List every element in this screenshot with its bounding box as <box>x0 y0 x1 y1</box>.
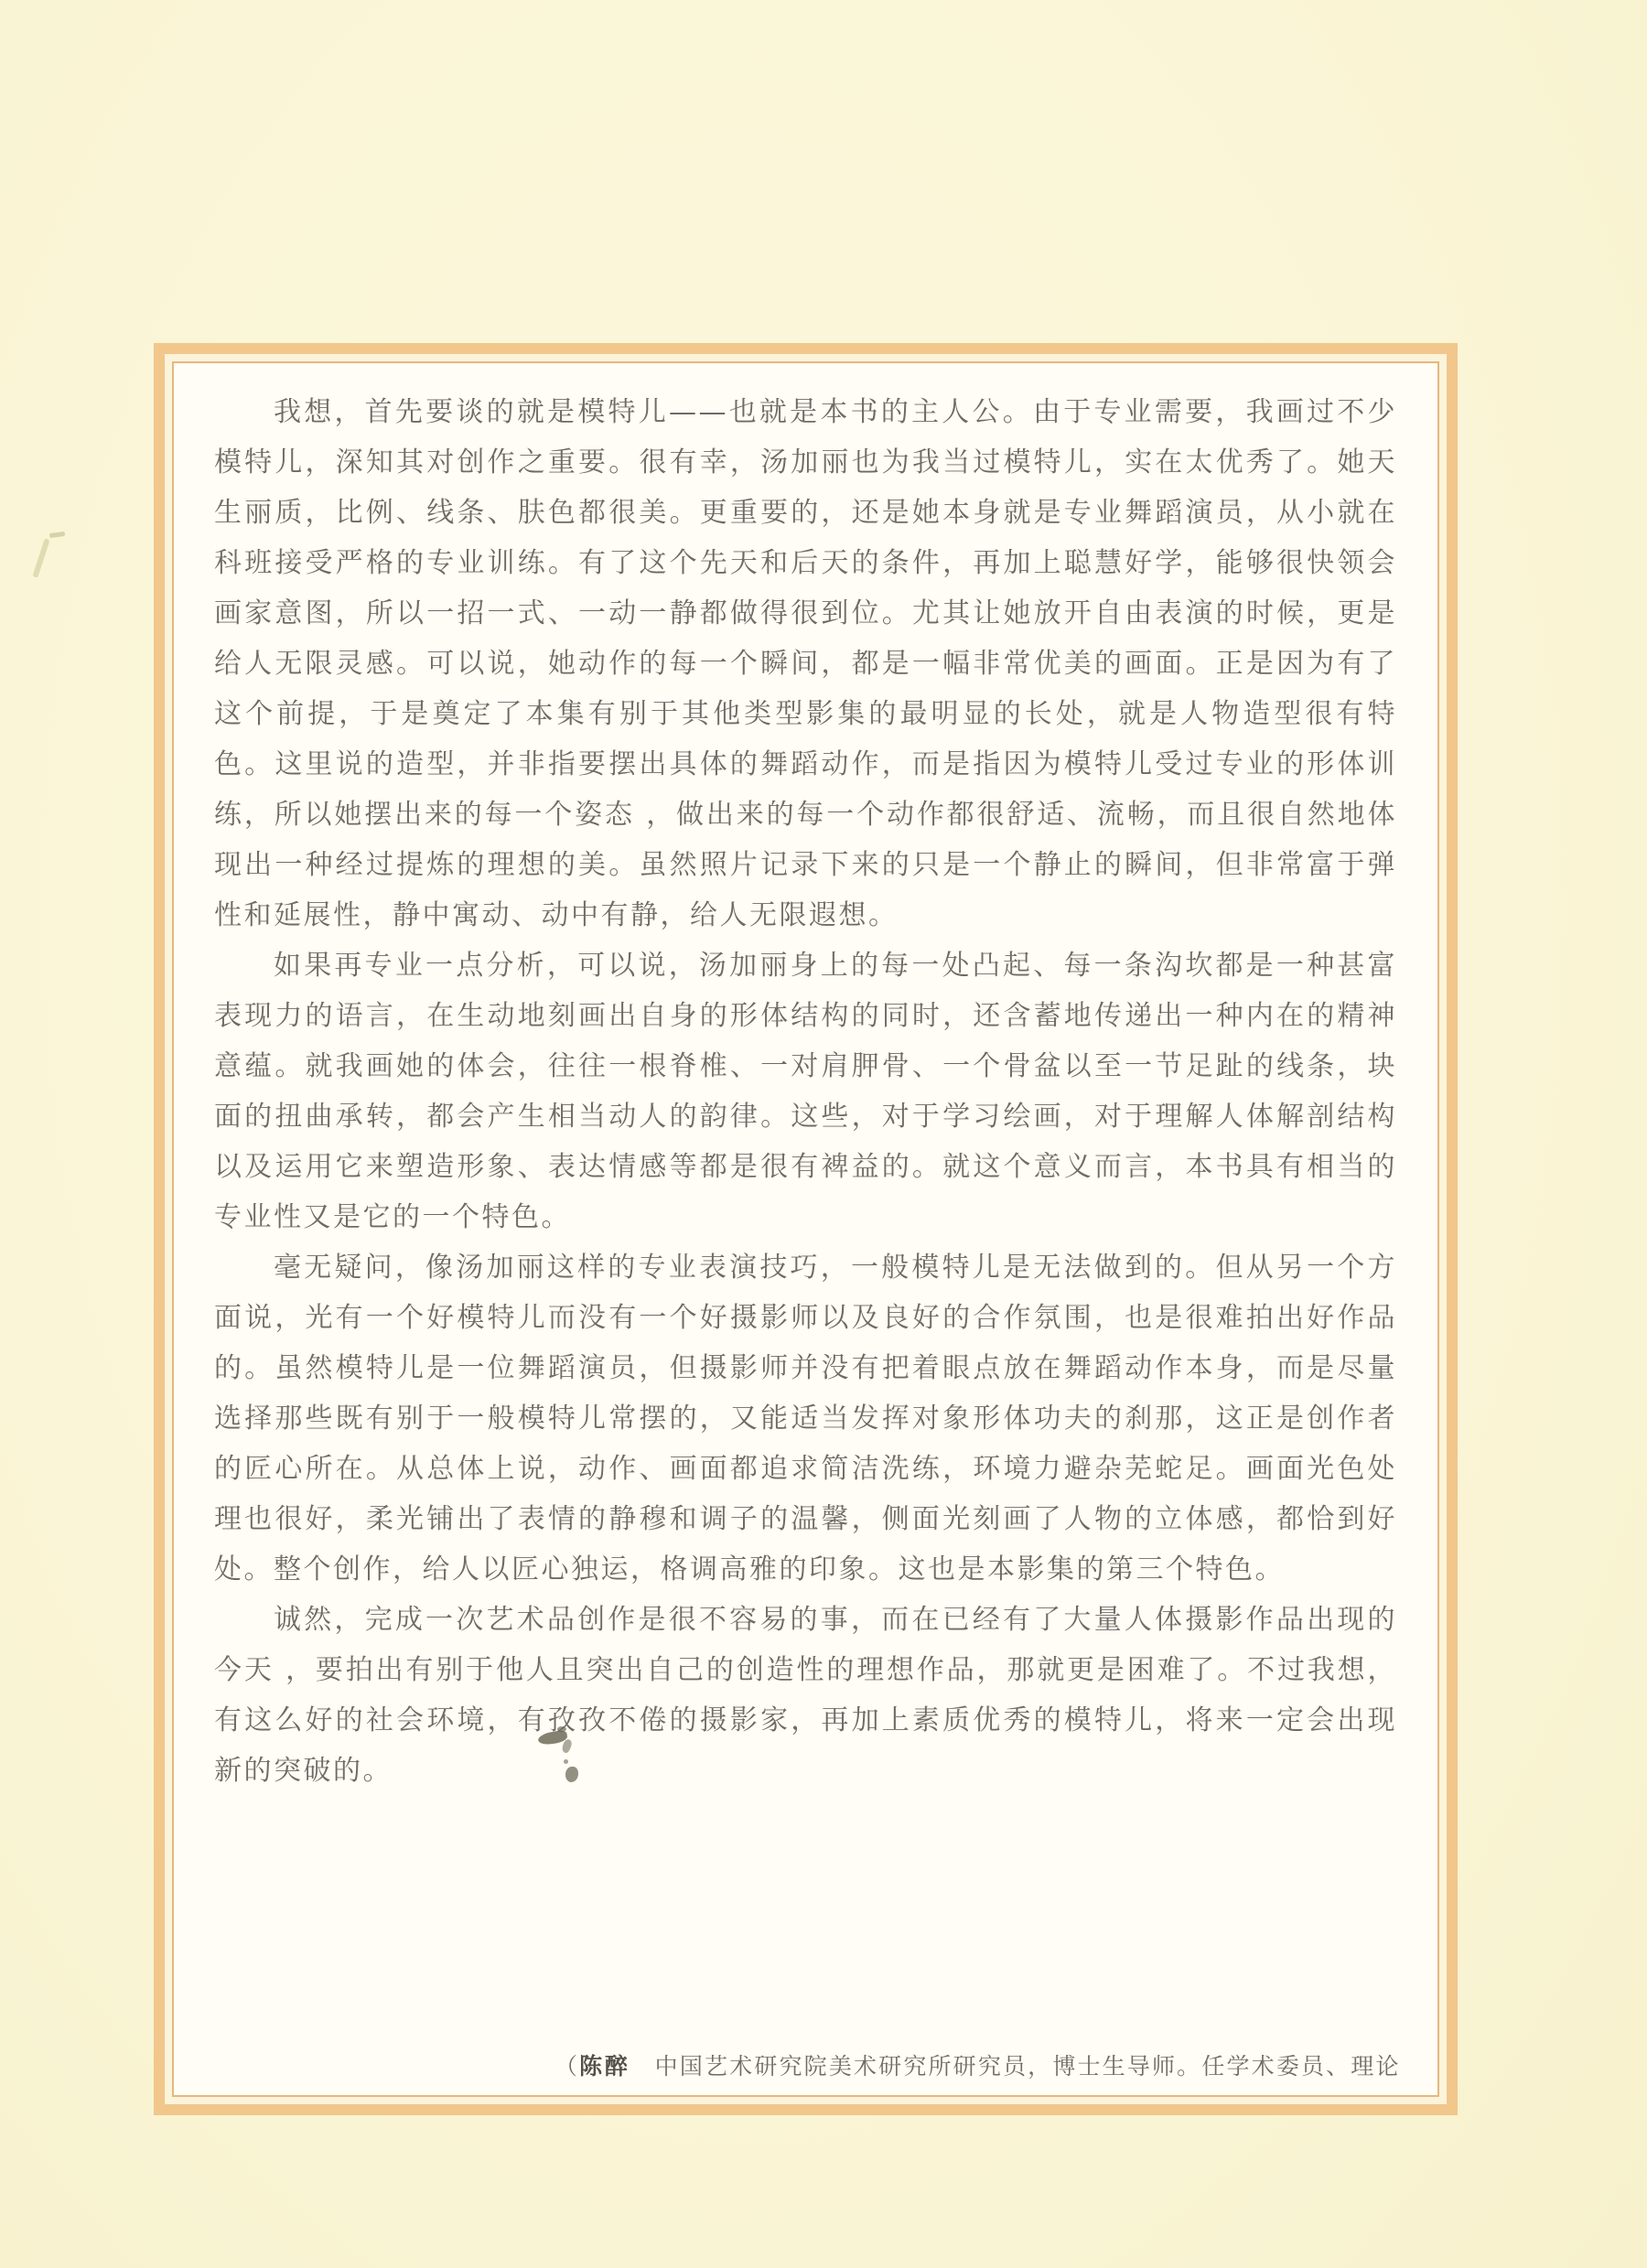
author-name: 陈醉 <box>579 2053 630 2080</box>
author-bio-note: （陈醉 中国艺术研究院美术研究所研究员，博士生导师。任学术委员、理论研究室主任。… <box>529 2041 1400 2097</box>
bio-open-paren: （ <box>554 2053 579 2080</box>
paragraph-3: 毫无疑问，像汤加丽这样的专业表演技巧，一般模特儿是无法做到的。但从另一个方面说，… <box>214 1242 1397 1595</box>
paragraph-2: 如果再专业一点分析，可以说，汤加丽身上的每一处凸起、每一条沟坎都是一种甚富表现力… <box>214 941 1397 1242</box>
page-frame-inner-border: 我想，首先要谈的就是模特儿——也就是本书的主人公。由于专业需要，我画过不少模特儿… <box>172 361 1439 2097</box>
page-frame: 我想，首先要谈的就是模特儿——也就是本书的主人公。由于专业需要，我画过不少模特儿… <box>154 343 1458 2115</box>
paragraph-1: 我想，首先要谈的就是模特儿——也就是本书的主人公。由于专业需要，我画过不少模特儿… <box>214 387 1397 941</box>
paragraph-4: 诚然，完成一次艺术品创作是很不容易的事，而在已经有了大量人体摄影作品出现的今天 … <box>214 1595 1397 1796</box>
bio-text: 中国艺术研究院美术研究所研究员，博士生导师。任学术委员、理论研究室主任。系全国政… <box>529 2053 1400 2097</box>
scanned-book-page: { "page": { "kind": "scanned book prefac… <box>0 0 1647 2268</box>
page-body-text: 我想，首先要谈的就是模特儿——也就是本书的主人公。由于专业需要，我画过不少模特儿… <box>214 387 1397 2097</box>
